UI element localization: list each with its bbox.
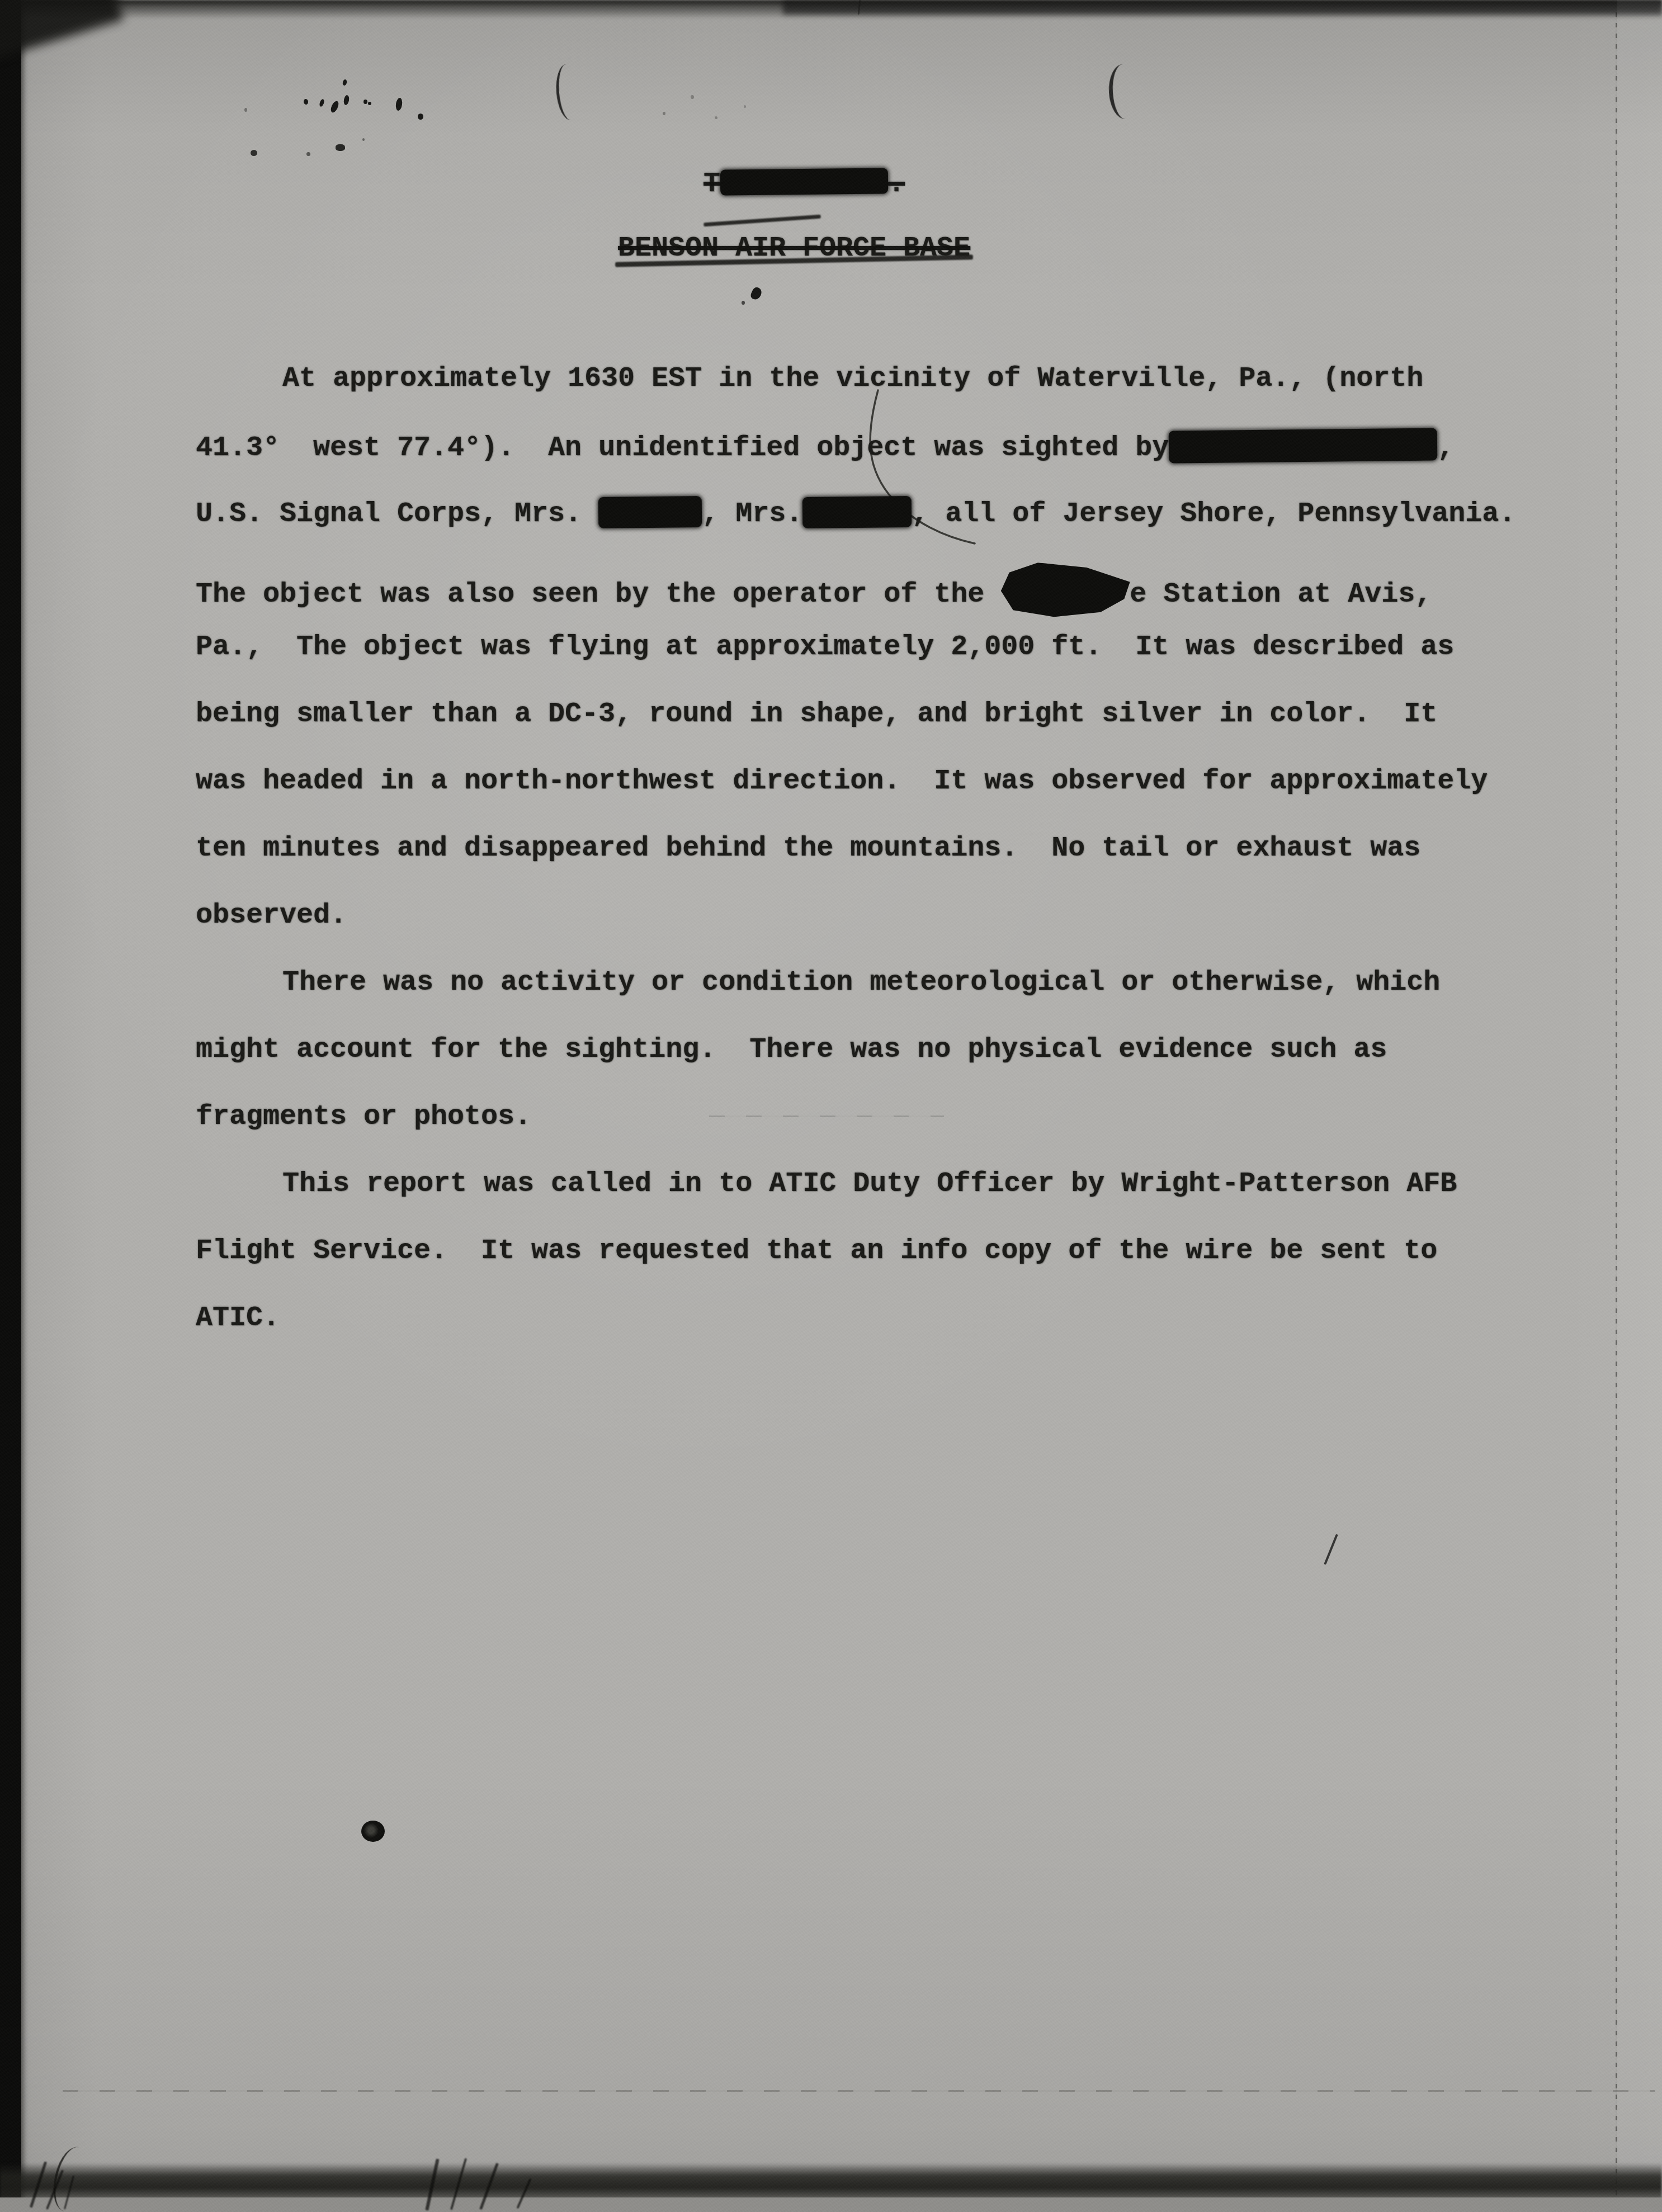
typewritten-text: , Mrs. [702,498,802,530]
pen-speck [691,95,694,99]
pen-curve-mark [1107,64,1136,120]
title-dot-mark [749,286,763,301]
title-line-obliterated: T. [703,168,905,201]
typewritten-text: This report was called in to ATIC Duty O… [282,1168,1457,1200]
text-line: At approximately 1630 EST in the vicinit… [282,362,1423,396]
typewritten-text: fragments or photos. [196,1101,531,1133]
title-line-benson: BENSON AIR FORCE BASE [618,232,970,266]
redaction-mark [598,496,702,528]
typewritten-text: , [1437,432,1454,464]
text-line: ATIC. [196,1302,280,1335]
typewritten-text: Flight Service. It was requested that an… [196,1235,1437,1267]
pen-curve-mark [554,64,580,121]
pen-speck [418,114,423,120]
redaction-mark [1000,561,1131,620]
typewritten-text: The object was also seen by the operator… [196,579,1001,611]
text-line: was headed in a north-northwest directio… [196,765,1488,798]
pen-slash-mark [1324,1534,1338,1565]
pen-speck [368,102,371,105]
scan-corner-shadow [0,0,124,60]
pen-speck [336,144,345,151]
typewritten-text: T [703,168,720,200]
scratch-line [63,2090,1655,2092]
ink-blob-mark [361,1821,385,1842]
scan-top-shadow-right [783,0,1662,15]
redaction-mark [720,168,888,195]
pen-speck [363,100,367,104]
typewritten-text: Pa., The object was flying at approximat… [196,631,1454,663]
typewritten-text: being smaller than a DC-3, round in shap… [196,698,1437,730]
typewritten-text: U.S. Signal Corps, Mrs. [196,498,598,530]
scan-right-light-strip [1617,0,1662,2212]
redaction-mark [802,496,912,528]
typewritten-text: was headed in a north-northwest directio… [196,765,1488,797]
text-line: This report was called in to ATIC Duty O… [282,1168,1457,1201]
scanned-document-page: T.BENSON AIR FORCE BASE At approximately… [0,0,1662,2212]
pen-speck [342,79,348,86]
typewritten-text: ten minutes and disappeared behind the m… [196,833,1420,864]
redaction-mark [1169,428,1438,463]
text-line: being smaller than a DC-3, round in shap… [196,698,1437,731]
scan-edge-bar [0,0,21,2212]
pen-speck [306,152,310,156]
pen-speck [319,98,325,107]
typewritten-text: At approximately 1630 EST in the vicinit… [282,363,1423,395]
scan-bottom-strip [0,2197,1662,2212]
pen-speck [744,105,746,108]
text-line: 41.3° west 77.4°). An unidentified objec… [196,429,1454,465]
typewritten-text: might account for the sighting. There wa… [196,1034,1387,1066]
text-line: ten minutes and disappeared behind the m… [196,832,1420,866]
pen-speck [663,112,665,115]
text-line: The object was also seen by the operator… [196,564,1432,617]
typewritten-text: . [888,168,905,200]
text-line: fragments or photos. [196,1100,531,1134]
typewritten-text: BENSON AIR FORCE BASE [618,233,970,264]
pen-speck [303,98,309,105]
strike-mark [703,215,821,227]
pen-speck [244,108,247,112]
title-dot-speck [742,301,745,305]
typewritten-text: 41.3° west 77.4°). An unidentified objec… [196,432,1169,464]
pen-speck [362,138,365,141]
typewritten-text: There was no activity or condition meteo… [282,967,1440,999]
text-line: U.S. Signal Corps, Mrs. , Mrs., all of J… [196,497,1515,531]
pen-speck [395,97,403,111]
text-line: There was no activity or condition meteo… [282,966,1440,1000]
typewritten-text: e Station at Avis, [1130,579,1432,611]
pen-speck [329,100,340,114]
scratch-line [709,1116,944,1117]
fold-line [1616,12,1617,2212]
pen-speck [715,116,717,119]
text-line: observed. [196,899,347,933]
text-line: might account for the sighting. There wa… [196,1033,1387,1067]
typewritten-text: ATIC. [196,1302,280,1334]
typewritten-text: observed. [196,900,347,932]
pen-speck [343,94,350,105]
typewritten-text: , all of Jersey Shore, Pennsylvania. [912,498,1515,530]
text-line: Flight Service. It was requested that an… [196,1235,1437,1268]
pen-speck [251,150,257,156]
scan-bottom-shadow [0,2163,1662,2201]
text-line: Pa., The object was flying at approximat… [196,631,1454,664]
